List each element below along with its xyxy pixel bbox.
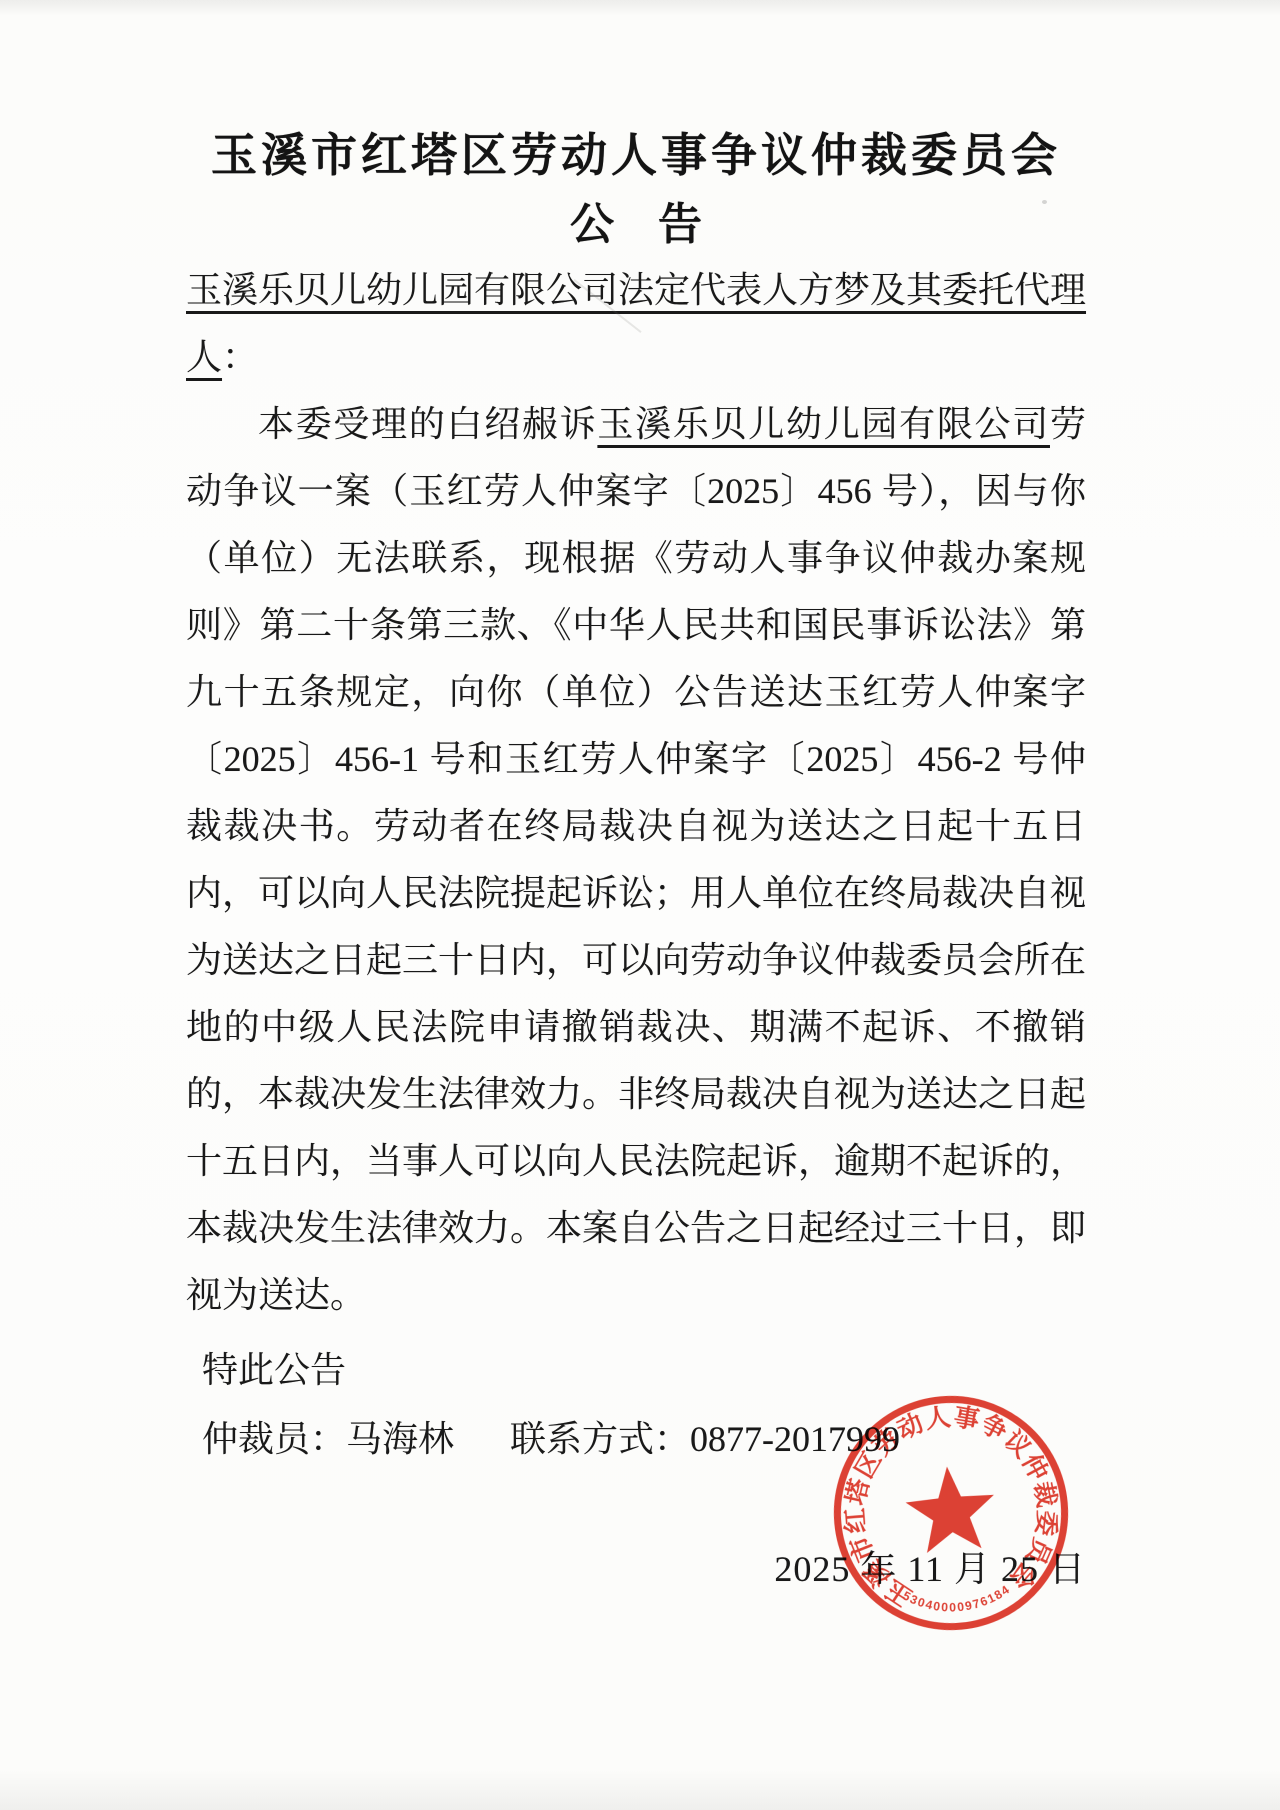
contact-phone: 联系方式：0877-2017999 (510, 1419, 900, 1459)
document-content: 玉溪市红塔区劳动人事争议仲裁委员会 公 告 玉溪乐贝儿幼儿园有限公司法定代表人方… (186, 0, 1086, 1603)
addressee-colon: ： (222, 337, 258, 377)
addressee-line: 玉溪乐贝儿幼儿园有限公司法定代表人方梦及其委托代理人： (186, 257, 1086, 391)
addressee-name-underlined: 玉溪乐贝儿幼儿园有限公司法定代表人方梦及其委托代理人 (186, 270, 1086, 377)
document-body: 玉溪乐贝儿幼儿园有限公司法定代表人方梦及其委托代理人： 本委受理的白绍赧诉玉溪乐… (186, 257, 1086, 1329)
arbitrator-name: 仲裁员：马海林 (202, 1419, 454, 1459)
document-title: 玉溪市红塔区劳动人事争议仲裁委员会 (186, 128, 1086, 184)
document-date: 2025 年 11 月 25 日 (186, 1536, 1086, 1603)
paragraph-segment-1: 本委受理的白绍赧诉 (258, 404, 597, 444)
company-name-underlined: 玉溪乐贝儿幼儿园有限公司 (597, 404, 1050, 444)
scan-artifact-speck (1042, 200, 1047, 204)
body-paragraph: 本委受理的白绍赧诉玉溪乐贝儿幼儿园有限公司劳动争议一案（玉红劳人仲案字〔2025… (186, 391, 1086, 1329)
paragraph-segment-2: 劳动争议一案（玉红劳人仲案字〔2025〕456 号），因与你（单位）无法联系，现… (186, 404, 1086, 1315)
signature-line: 仲裁员：马海林联系方式：0877-2017999 (186, 1406, 1086, 1473)
scanned-document-page: 玉溪市红塔区劳动人事争议仲裁委员会 公 告 玉溪乐贝儿幼儿园有限公司法定代表人方… (0, 0, 1280, 1810)
closing-statement: 特此公告 (186, 1337, 1086, 1404)
document-subtitle: 公 告 (186, 198, 1086, 252)
